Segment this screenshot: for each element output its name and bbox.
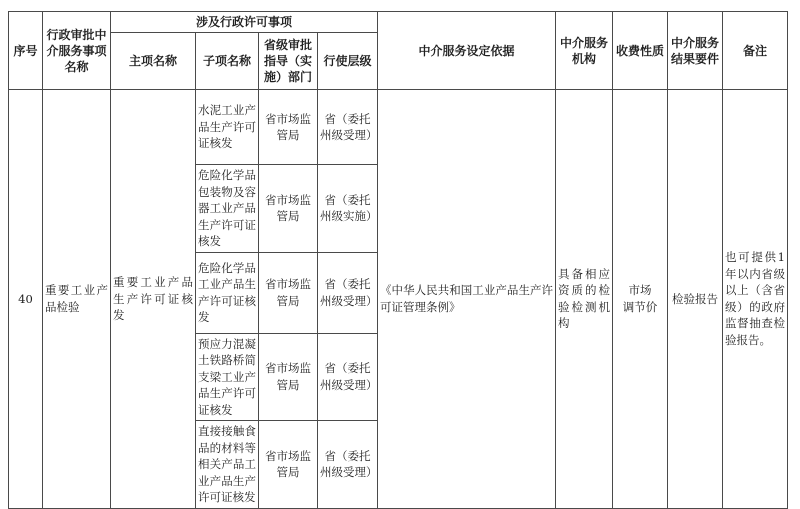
col-header-licensing-group: 涉及行政许可事项 [111,12,378,33]
cell-level: 省（委托州级受理） [318,252,378,333]
col-header-remark: 备注 [723,12,788,90]
cell-level: 省（委托州级实施） [318,165,378,253]
header-row-group: 序号 行政审批中介服务事项名称 涉及行政许可事项 中介服务设定依据 中介服务机构… [9,12,788,33]
col-header-seq: 序号 [9,12,43,90]
cell-seq: 40 [9,90,43,509]
cell-sub-item: 危险化学品工业产品生产许可证核发 [196,252,259,333]
col-header-main-item: 主项名称 [111,33,196,90]
cell-dept: 省市场监管局 [259,252,318,333]
cell-sub-item: 预应力混凝土铁路桥简支梁工业产品生产许可证核发 [196,333,259,421]
table-row: 40 重要工业产品检验 重要工业产品生产许可证核发 水泥工业产品生产许可证核发 … [9,90,788,165]
cell-sub-item: 直接接触食品的材料等相关产品工业产品生产许可证核发 [196,421,259,509]
cell-fee-type: 市场 调节价 [613,90,668,509]
cell-level: 省（委托州级受理） [318,421,378,509]
cell-sub-item: 水泥工业产品生产许可证核发 [196,90,259,165]
cell-agency: 具备相应资质的检验检测机构 [556,90,613,509]
cell-level: 省（委托州级受理） [318,90,378,165]
cell-service-name: 重要工业产品检验 [43,90,111,509]
cell-main-item: 重要工业产品生产许可证核发 [111,90,196,509]
col-header-sub-item: 子项名称 [196,33,259,90]
document-page: 序号 行政审批中介服务事项名称 涉及行政许可事项 中介服务设定依据 中介服务机构… [0,0,800,509]
cell-dept: 省市场监管局 [259,90,318,165]
cell-result: 检验报告 [668,90,723,509]
col-header-agency: 中介服务机构 [556,12,613,90]
cell-level: 省（委托州级受理） [318,333,378,421]
cell-dept: 省市场监管局 [259,165,318,253]
cell-basis: 《中华人民共和国工业产品生产许可证管理条例》 [378,90,556,509]
approval-services-table: 序号 行政审批中介服务事项名称 涉及行政许可事项 中介服务设定依据 中介服务机构… [8,11,788,509]
cell-remark: 也可提供1年以内省级以上（含省级）的政府监督抽查检验报告。 [723,90,788,509]
cell-sub-item: 危险化学品包装物及容器工业产品生产许可证核发 [196,165,259,253]
col-header-basis: 中介服务设定依据 [378,12,556,90]
col-header-dept: 省级审批指导（实施）部门 [259,33,318,90]
col-header-result: 中介服务结果要件 [668,12,723,90]
cell-dept: 省市场监管局 [259,333,318,421]
col-header-service-name: 行政审批中介服务事项名称 [43,12,111,90]
col-header-fee-type: 收费性质 [613,12,668,90]
cell-dept: 省市场监管局 [259,421,318,509]
col-header-level: 行使层级 [318,33,378,90]
